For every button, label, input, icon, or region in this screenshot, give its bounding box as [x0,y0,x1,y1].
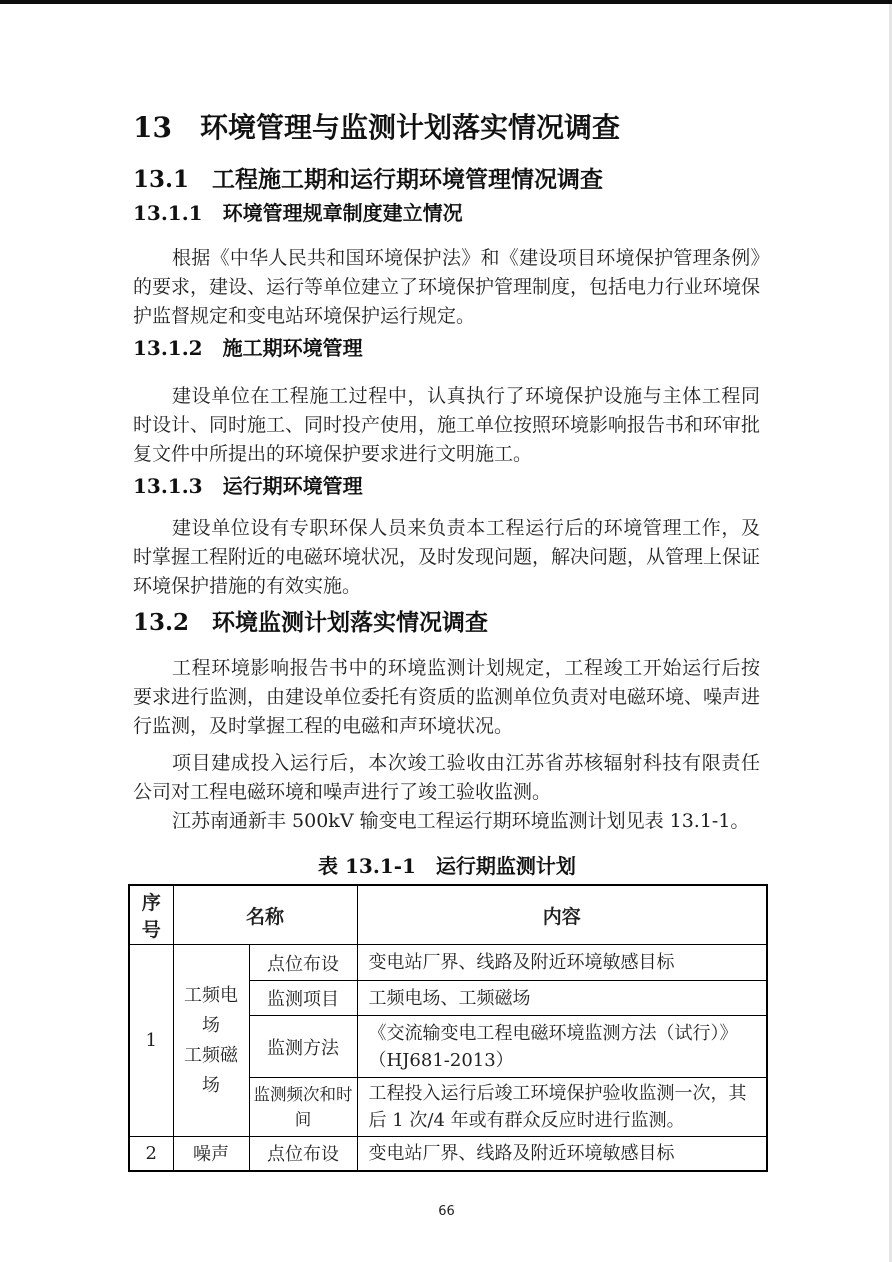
paragraph-operation-management: 建设单位设有专职环保人员来负责本工程运行后的环境管理工作，及时掌握工程附近的电磁… [133,514,760,601]
subsection-heading-13-1-1: 13.1.1 环境管理规章制度建立情况 [133,200,760,227]
monitoring-plan-table-block: 表 13.1-1 运行期监测计划 序号 名称 内容 1 工 [128,852,766,1172]
cell-category-emf: 工频电场 工频磁场 [173,945,249,1137]
category-line-magnetic: 工频磁场 [178,1041,245,1101]
paragraph-acceptance-monitoring: 项目建成投入运行后，本次竣工验收由江苏省苏核辐射科技有限责任公司对工程电磁环境和… [133,749,760,807]
paragraph-construction-management: 建设单位在工程施工过程中，认真执行了环境保护设施与主体工程同时设计、同时施工、同… [133,382,760,469]
cell-label-points: 点位布设 [249,945,357,981]
document-page: 13 环境管理与监测计划落实情况调查 13.1 工程施工期和运行期环境管理情况调… [0,4,889,1262]
page-content: 13 环境管理与监测计划落实情况调查 13.1 工程施工期和运行期环境管理情况调… [0,4,889,1219]
cell-content-points: 变电站厂界、线路及附近环境敏感目标 [357,945,767,981]
cell-label-items: 监测项目 [249,981,357,1016]
chapter-heading: 13 环境管理与监测计划落实情况调查 [133,108,760,148]
table-row: 2 噪声 点位布设 变电站厂界、线路及附近环境敏感目标 [129,1137,767,1171]
table-caption: 表 13.1-1 运行期监测计划 [128,852,766,880]
cell-content-items: 工频电场、工频磁场 [357,981,767,1016]
paragraph-monitoring-plan: 工程环境影响报告书中的环境监测计划规定，工程竣工开始运行后按要求进行监测，由建设… [133,654,760,741]
header-name: 名称 [173,885,357,945]
category-line-electric: 工频电场 [178,981,245,1041]
cell-content-method: 《交流输变电工程电磁环境监测方法（试行）》（HJ681-2013） [357,1016,767,1078]
cell-label-noise-points: 点位布设 [249,1137,357,1171]
subsection-heading-13-1-2: 13.1.2 施工期环境管理 [133,335,760,362]
cell-content-noise-points: 变电站厂界、线路及附近环境敏感目标 [357,1137,767,1171]
cell-label-method: 监测方法 [249,1016,357,1078]
paragraph-regulations: 根据《中华人民共和国环境保护法》和《建设项目环境保护管理条例》的要求，建设、运行… [133,244,760,331]
cell-content-frequency: 工程投入运行后竣工环境保护验收监测一次，其后 1 次/4 年或有群众反应时进行监… [357,1078,767,1137]
subsection-heading-13-1-3: 13.1.3 运行期环境管理 [133,473,760,500]
page-number: 66 [133,1204,760,1219]
section-heading-13-1: 13.1 工程施工期和运行期环境管理情况调查 [133,164,760,196]
section-heading-13-2: 13.2 环境监测计划落实情况调查 [133,607,760,639]
cell-index-2: 2 [129,1137,173,1171]
table-row: 1 工频电场 工频磁场 点位布设 变电站厂界、线路及附近环境敏感目标 [129,945,767,981]
header-index: 序号 [129,885,173,945]
cell-category-noise: 噪声 [173,1137,249,1171]
monitoring-plan-table: 序号 名称 内容 1 工频电场 工频磁场 点位布设 变电站厂界、线路及附近环境敏… [128,884,768,1172]
cell-index-1: 1 [129,945,173,1137]
paragraph-table-reference: 江苏南通新丰 500kV 输变电工程运行期环境监测计划见表 13.1-1。 [133,807,760,836]
cell-label-frequency: 监测频次和时间 [249,1078,357,1137]
table-header-row: 序号 名称 内容 [129,885,767,945]
header-content: 内容 [357,885,767,945]
